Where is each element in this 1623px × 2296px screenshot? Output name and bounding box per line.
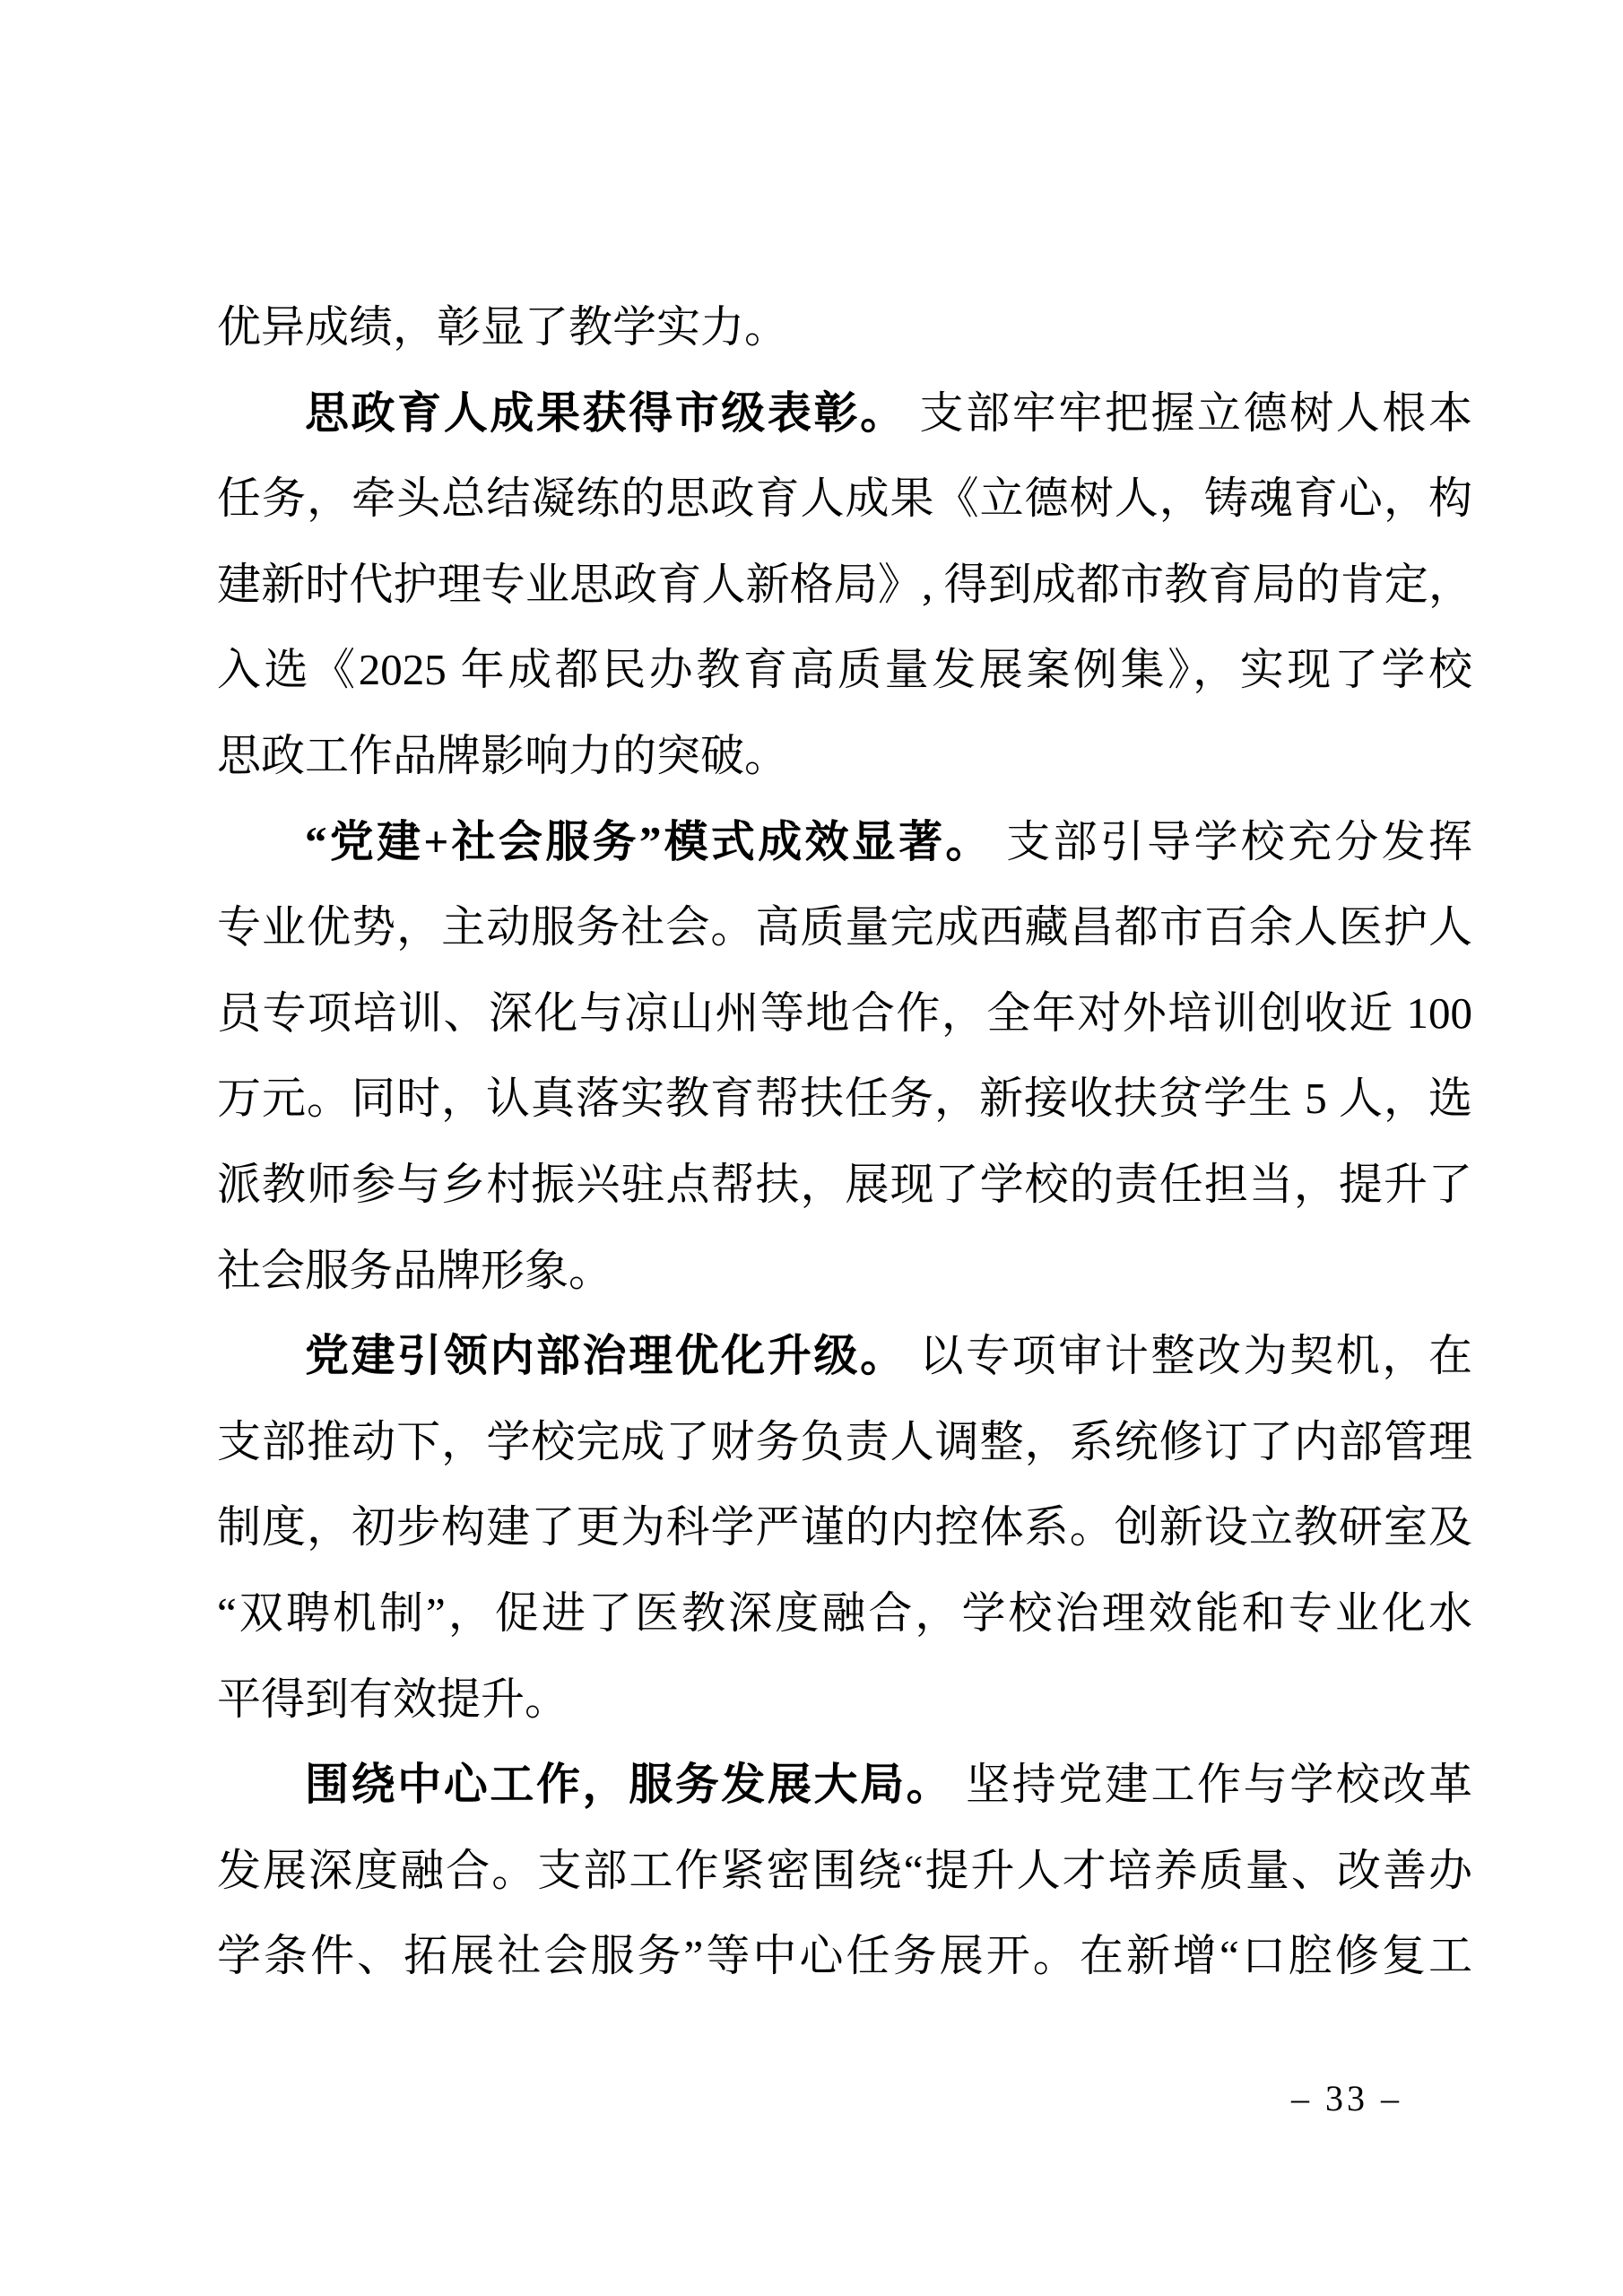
text-line: 建新时代护理专业思政育人新格局》, 得到成都市教育局的肯定， bbox=[217, 542, 1472, 628]
text-run: 平得到有效提升。 bbox=[217, 1674, 568, 1724]
text-run: 思政工作品牌影响力的突破。 bbox=[217, 731, 788, 780]
text-line: 平得到有效提升。 bbox=[217, 1657, 1472, 1743]
text-line: “双聘机制”，促进了医教深度融合，学校治理效能和专业化水 bbox=[217, 1570, 1472, 1657]
text-run: 支部推动下，学校完成了财务负责人调整，系统修订了内部管理 bbox=[217, 1417, 1472, 1466]
paragraph-lead-line: 思政育人成果获得市级表彰。 支部牢牢把握立德树人根本 bbox=[217, 370, 1472, 457]
bold-run: “党建+社会服务”模式成效显著。 bbox=[305, 817, 993, 866]
text-run: 万元。同时，认真落实教育帮扶任务，新接收扶贫学生 5 人，选 bbox=[217, 1074, 1472, 1123]
page-number: – 33 – bbox=[1291, 2074, 1402, 2124]
text-line: 学条件、拓展社会服务”等中心任务展开。在新增“口腔修复工 bbox=[217, 1913, 1472, 1999]
text-line: 发展深度融合。支部工作紧密围绕“提升人才培养质量、改善办 bbox=[217, 1828, 1472, 1914]
text-line: 制度，初步构建了更为科学严谨的内控体系。创新设立教研室及 bbox=[217, 1484, 1472, 1570]
text-run: 员专项培训、深化与凉山州等地合作，全年对外培训创收近 100 bbox=[217, 988, 1472, 1038]
text-run: 发展深度融合。支部工作紧密围绕“提升人才培养质量、改善办 bbox=[217, 1846, 1472, 1895]
text-run: 入选《2025 年成都民办教育高质量发展案例集》，实现了学校 bbox=[217, 645, 1472, 694]
text-line: 支部推动下，学校完成了财务负责人调整，系统修订了内部管理 bbox=[217, 1399, 1472, 1485]
text-run: 支部牢牢把握立德树人根本 bbox=[907, 388, 1472, 438]
bold-run: 围绕中心工作，服务发展大局。 bbox=[305, 1760, 952, 1809]
text-line: 优异成绩，彰显了教学实力。 bbox=[217, 284, 1472, 370]
text-line: 任务，牵头总结凝练的思政育人成果《立德树人，铸魂育心，构 bbox=[217, 456, 1472, 542]
text-run: “双聘机制”，促进了医教深度融合，学校治理效能和专业化水 bbox=[217, 1588, 1472, 1638]
text-line: 万元。同时，认真落实教育帮扶任务，新接收扶贫学生 5 人，选 bbox=[217, 1056, 1472, 1142]
text-line: 入选《2025 年成都民办教育高质量发展案例集》，实现了学校 bbox=[217, 627, 1472, 713]
text-run: 支部引导学校充分发挥 bbox=[993, 817, 1472, 866]
text-run: 专业优势，主动服务社会。高质量完成西藏昌都市百余人医护人 bbox=[217, 902, 1472, 952]
text-line: 员专项培训、深化与凉山州等地合作，全年对外培训创收近 100 bbox=[217, 970, 1472, 1057]
text-run: 制度，初步构建了更为科学严谨的内控体系。创新设立教研室及 bbox=[217, 1502, 1472, 1552]
text-line: 社会服务品牌形象。 bbox=[217, 1228, 1472, 1314]
text-run: 优异成绩，彰显了教学实力。 bbox=[217, 302, 788, 352]
text-line: 专业优势，主动服务社会。高质量完成西藏昌都市百余人医护人 bbox=[217, 884, 1472, 970]
text-run: 坚持党建工作与学校改革 bbox=[952, 1760, 1472, 1809]
body-text: 优异成绩，彰显了教学实力。 思政育人成果获得市级表彰。 支部牢牢把握立德树人根本… bbox=[217, 284, 1472, 1999]
paragraph-lead-line: “党建+社会服务”模式成效显著。 支部引导学校充分发挥 bbox=[217, 799, 1472, 885]
text-line: 派教师参与乡村振兴驻点帮扶，展现了学校的责任担当，提升了 bbox=[217, 1142, 1472, 1228]
text-run: 建新时代护理专业思政育人新格局》, 得到成都市教育局的肯定， bbox=[217, 560, 1472, 609]
text-run: 任务，牵头总结凝练的思政育人成果《立德树人，铸魂育心，构 bbox=[217, 474, 1472, 523]
text-run: 学条件、拓展社会服务”等中心任务展开。在新增“口腔修复工 bbox=[217, 1931, 1472, 1980]
text-run: 派教师参与乡村振兴驻点帮扶，展现了学校的责任担当，提升了 bbox=[217, 1160, 1472, 1209]
text-run: 以专项审计整改为契机，在 bbox=[907, 1331, 1472, 1380]
paragraph-lead-line: 党建引领内部治理优化升级。 以专项审计整改为契机，在 bbox=[217, 1313, 1472, 1399]
bold-run: 思政育人成果获得市级表彰。 bbox=[305, 388, 907, 438]
text-line: 思政工作品牌影响力的突破。 bbox=[217, 713, 1472, 799]
text-run: 社会服务品牌形象。 bbox=[217, 1246, 612, 1295]
paragraph-lead-line: 围绕中心工作，服务发展大局。 坚持党建工作与学校改革 bbox=[217, 1742, 1472, 1828]
bold-run: 党建引领内部治理优化升级。 bbox=[305, 1331, 907, 1380]
